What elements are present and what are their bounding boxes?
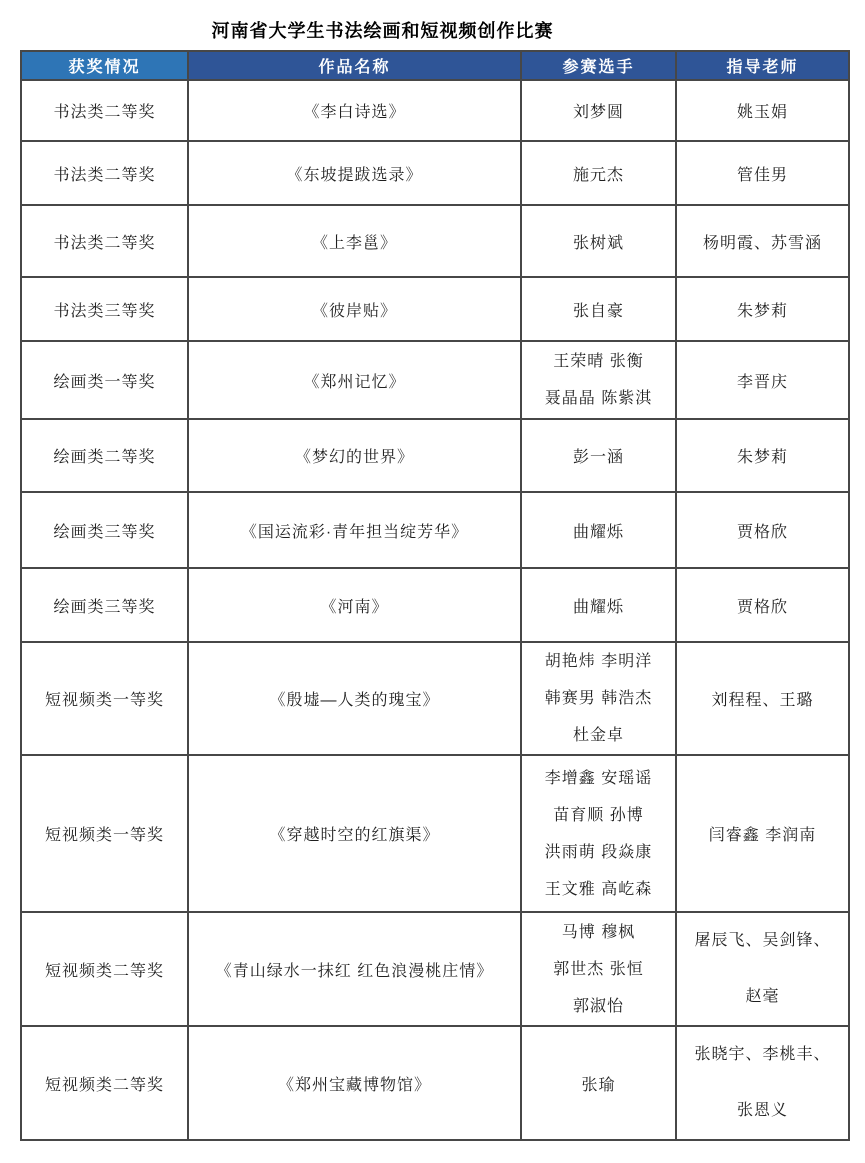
teachers-cell: 贾格欣 xyxy=(676,492,849,568)
table-row: 绘画类三等奖《河南》曲耀烁贾格欣 xyxy=(21,568,849,642)
award-cell: 绘画类三等奖 xyxy=(21,492,188,568)
award-cell: 书法类二等奖 xyxy=(21,141,188,205)
work-title-cell: 《李白诗选》 xyxy=(188,80,521,141)
table-body: 书法类二等奖《李白诗选》刘梦圆姚玉娟书法类二等奖《东坡提跋选录》施元杰管佳男书法… xyxy=(21,80,849,1140)
table-row: 书法类二等奖《李白诗选》刘梦圆姚玉娟 xyxy=(21,80,849,141)
teachers-cell: 杨明霞、苏雪涵 xyxy=(676,205,849,277)
work-title-cell: 《青山绿水一抹红 红色浪漫桃庄情》 xyxy=(188,912,521,1026)
award-cell: 书法类二等奖 xyxy=(21,80,188,141)
award-cell: 绘画类一等奖 xyxy=(21,341,188,419)
table-row: 短视频类一等奖《殷墟—人类的瑰宝》胡艳炜 李明洋韩赛男 韩浩杰杜金卓刘程程、王璐 xyxy=(21,642,849,755)
column-header-1: 获奖情况 xyxy=(21,51,188,80)
award-cell: 短视频类一等奖 xyxy=(21,642,188,755)
table-row: 短视频类二等奖《青山绿水一抹红 红色浪漫桃庄情》马博 穆枫郭世杰 张恒郭淑怡屠辰… xyxy=(21,912,849,1026)
award-cell: 绘画类二等奖 xyxy=(21,419,188,492)
contestants-cell: 张树斌 xyxy=(521,205,676,277)
teachers-cell: 朱梦莉 xyxy=(676,419,849,492)
column-header-3: 参赛选手 xyxy=(521,51,676,80)
table-row: 绘画类二等奖《梦幻的世界》彭一涵朱梦莉 xyxy=(21,419,849,492)
award-cell: 短视频类二等奖 xyxy=(21,912,188,1026)
contestants-cell: 马博 穆枫郭世杰 张恒郭淑怡 xyxy=(521,912,676,1026)
contestants-cell: 张瑜 xyxy=(521,1026,676,1140)
work-title-cell: 《上李邕》 xyxy=(188,205,521,277)
contestants-cell: 曲耀烁 xyxy=(521,568,676,642)
page-title: 河南省大学生书法绘画和短视频创作比赛 xyxy=(0,0,865,43)
work-title-cell: 《殷墟—人类的瑰宝》 xyxy=(188,642,521,755)
table-row: 短视频类一等奖《穿越时空的红旗渠》李增鑫 安瑶谣苗育顺 孙博洪雨萌 段焱康王文雅… xyxy=(21,755,849,912)
teachers-cell: 张晓宇、李桃丰、张恩义 xyxy=(676,1026,849,1140)
work-title-cell: 《国运流彩·青年担当绽芳华》 xyxy=(188,492,521,568)
contestants-cell: 李增鑫 安瑶谣苗育顺 孙博洪雨萌 段焱康王文雅 高屹森 xyxy=(521,755,676,912)
header-row: 获奖情况作品名称参赛选手指导老师 xyxy=(21,51,849,80)
table-row: 书法类二等奖《东坡提跋选录》施元杰管佳男 xyxy=(21,141,849,205)
teachers-cell: 管佳男 xyxy=(676,141,849,205)
work-title-cell: 《梦幻的世界》 xyxy=(188,419,521,492)
award-cell: 短视频类二等奖 xyxy=(21,1026,188,1140)
work-title-cell: 《河南》 xyxy=(188,568,521,642)
table-row: 绘画类三等奖《国运流彩·青年担当绽芳华》曲耀烁贾格欣 xyxy=(21,492,849,568)
contestants-cell: 胡艳炜 李明洋韩赛男 韩浩杰杜金卓 xyxy=(521,642,676,755)
contestants-cell: 曲耀烁 xyxy=(521,492,676,568)
contestants-cell: 王荣晴 张衡聂晶晶 陈紫淇 xyxy=(521,341,676,419)
work-title-cell: 《郑州记忆》 xyxy=(188,341,521,419)
award-cell: 书法类三等奖 xyxy=(21,277,188,341)
work-title-cell: 《穿越时空的红旗渠》 xyxy=(188,755,521,912)
contestants-cell: 彭一涵 xyxy=(521,419,676,492)
awards-table: 获奖情况作品名称参赛选手指导老师 书法类二等奖《李白诗选》刘梦圆姚玉娟书法类二等… xyxy=(20,50,850,1141)
page: 河南省大学生书法绘画和短视频创作比赛 获奖情况作品名称参赛选手指导老师 书法类二… xyxy=(0,0,865,1163)
teachers-cell: 李晋庆 xyxy=(676,341,849,419)
table-row: 书法类二等奖《上李邕》张树斌杨明霞、苏雪涵 xyxy=(21,205,849,277)
contestants-cell: 施元杰 xyxy=(521,141,676,205)
table-row: 绘画类一等奖《郑州记忆》王荣晴 张衡聂晶晶 陈紫淇李晋庆 xyxy=(21,341,849,419)
column-header-4: 指导老师 xyxy=(676,51,849,80)
column-header-2: 作品名称 xyxy=(188,51,521,80)
table-row: 短视频类二等奖《郑州宝藏博物馆》张瑜张晓宇、李桃丰、张恩义 xyxy=(21,1026,849,1140)
award-cell: 短视频类一等奖 xyxy=(21,755,188,912)
table-header: 获奖情况作品名称参赛选手指导老师 xyxy=(21,51,849,80)
work-title-cell: 《郑州宝藏博物馆》 xyxy=(188,1026,521,1140)
teachers-cell: 刘程程、王璐 xyxy=(676,642,849,755)
work-title-cell: 《彼岸贴》 xyxy=(188,277,521,341)
teachers-cell: 闫睿鑫 李润南 xyxy=(676,755,849,912)
teachers-cell: 屠辰飞、吴剑锋、赵毫 xyxy=(676,912,849,1026)
work-title-cell: 《东坡提跋选录》 xyxy=(188,141,521,205)
award-cell: 书法类二等奖 xyxy=(21,205,188,277)
teachers-cell: 贾格欣 xyxy=(676,568,849,642)
contestants-cell: 刘梦圆 xyxy=(521,80,676,141)
teachers-cell: 姚玉娟 xyxy=(676,80,849,141)
table-row: 书法类三等奖《彼岸贴》张自豪朱梦莉 xyxy=(21,277,849,341)
teachers-cell: 朱梦莉 xyxy=(676,277,849,341)
contestants-cell: 张自豪 xyxy=(521,277,676,341)
award-cell: 绘画类三等奖 xyxy=(21,568,188,642)
